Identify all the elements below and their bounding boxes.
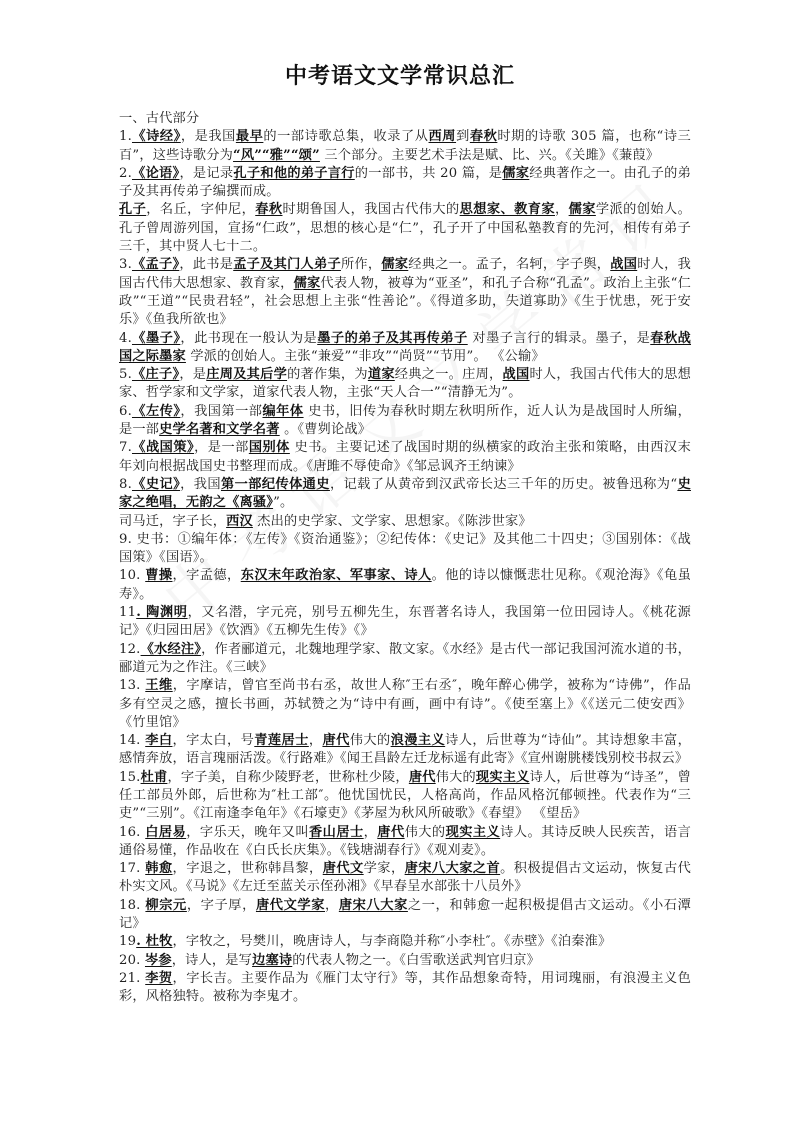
key-term: 《史记》 — [132, 477, 180, 492]
key-term: 儒家 — [569, 202, 596, 217]
paragraph-text: 2. — [119, 166, 132, 181]
key-term: 西汉 — [226, 514, 253, 529]
key-term: 王维 — [145, 678, 172, 693]
paragraph-text: 6. — [119, 404, 132, 419]
paragraph-text: 4. — [119, 331, 132, 346]
key-term: 唐宋八大家之首 — [405, 861, 501, 876]
paragraph-text: 伟大的 — [350, 733, 391, 748]
paragraph-text: ，是 — [179, 367, 206, 382]
key-term: 柳宗元 — [145, 898, 186, 913]
key-term: 儒家 — [381, 257, 408, 272]
paragraph-text: 的代表人物之一。《白雪歌送武判官归京》 — [292, 953, 540, 968]
paragraph-text: ， — [364, 825, 378, 840]
document-body: 一、古代部分 1.《诗经》，是我国最早的一部诗歌总集，收录了从西周到春秋时期的诗… — [119, 110, 691, 1007]
paragraph-text: 杰出的史学家、文学家、思想家。《陈涉世家》 — [253, 514, 532, 529]
paragraph-text: 18. — [119, 898, 145, 913]
paragraph-text: 20. — [119, 953, 145, 968]
key-term: 国别体 — [249, 440, 290, 455]
key-term: 现实主义 — [476, 770, 530, 785]
paragraph-item: 18. 柳宗元，字子厚，唐代文学家，唐宋八大家之一，和韩愈一起积极提倡古文运动。… — [119, 897, 691, 934]
paragraph-item: 21. 李贺，字长吉。主要作品为《雁门太守行》等，其作品想象奇特，用词瑰丽，有浪… — [119, 970, 691, 1007]
key-term: 墨子的弟子及其再传弟子 — [317, 331, 468, 346]
key-term: 《水经注》 — [141, 642, 202, 657]
paragraph-text: 学家， — [364, 861, 405, 876]
key-term: 白居易 — [145, 825, 186, 840]
paragraph-text: 三个部分。主要艺术手法是赋、比、兴。《关雎》《蒹葭》 — [320, 148, 659, 163]
paragraph-text: 的一部诗歌总集，收录了从 — [263, 129, 428, 144]
key-term: 香山居士 — [309, 825, 364, 840]
key-term: 《孟子》 — [132, 257, 179, 272]
key-term: 唐代文学家 — [256, 898, 325, 913]
key-term: 唐宋八大家 — [339, 898, 408, 913]
paragraph-item: 17. 韩愈，字退之，世称韩昌黎，唐代文学家，唐宋八大家之首。积极提倡古文运动，… — [119, 860, 691, 897]
paragraph-text: 经典之一。孟子，名轲，字子舆， — [408, 257, 610, 272]
key-term: . 杜牧 — [136, 934, 172, 949]
paragraph-text: ，记载了从黄帝到汉武帝长达三千年的历史。被鲁迅称为“ — [330, 477, 677, 492]
paragraph-text: 1. — [119, 129, 132, 144]
paragraph-text: ， — [309, 733, 323, 748]
paragraph-text: ，我国 — [180, 477, 221, 492]
paragraph-text: ， — [555, 202, 569, 217]
paragraph-text: ，是记录 — [179, 166, 233, 181]
paragraph-item: 16. 白居易，字乐天，晚年又叫香山居士，唐代伟大的现实主义诗人。其诗反映人民疾… — [119, 824, 691, 861]
paragraph-text: ，字子美，自称少陵野老，世称杜少陵， — [167, 770, 408, 785]
paragraph-text: 9. 史书：①编年体：《左传》《资治通鉴》；②纪传体：《史记》及其他二十四史；③… — [119, 532, 691, 565]
paragraph-item: 9. 史书：①编年体：《左传》《资治通鉴》；②纪传体：《史记》及其他二十四史；③… — [119, 531, 691, 568]
paragraph-text: 13. — [119, 678, 145, 693]
key-term: 《诗经》 — [132, 129, 181, 144]
paragraph-text: 伟大的 — [436, 770, 476, 785]
paragraph-item: 司马迁，字子长，西汉 杰出的史学家、文学家、思想家。《陈涉世家》 — [119, 513, 691, 531]
paragraph-text: 司马迁，字子长， — [119, 514, 226, 529]
paragraph-item: 20. 岑参，诗人，是写边塞诗的代表人物之一。《白雪歌送武判官归京》 — [119, 952, 691, 970]
paragraph-item: 1.《诗经》，是我国最早的一部诗歌总集，收录了从西周到春秋时期的诗歌 305 篇… — [119, 128, 691, 165]
paragraph-text: 21. — [119, 971, 145, 986]
key-term: 战国 — [610, 257, 637, 272]
paragraph-text: ，是一部 — [194, 440, 249, 455]
paragraph-text: ，名丘，字仲尼， — [146, 202, 255, 217]
paragraph-text: ，诗人，是写 — [172, 953, 252, 968]
paragraph-text: ”。 — [273, 495, 293, 510]
paragraph-text: ，又名潜，字元亮，别号五柳先生，东晋著名诗人，我国第一位田园诗人。《桃花源记》《… — [119, 605, 691, 638]
paragraph-text: ，字子厚， — [187, 898, 256, 913]
paragraph-text: 伟大的 — [405, 825, 446, 840]
paragraph-item: 19. 杜牧，字牧之，号樊川，晚唐诗人，与李商隐并称″小李杜″。《赤壁》《泊秦淮… — [119, 933, 691, 951]
paragraph-text: 到 — [456, 129, 470, 144]
page-title: 中考语文文学常识总汇 — [0, 59, 800, 90]
paragraph-text: ，字长吉。主要作品为《雁门太守行》等，其作品想象奇特，用词瑰丽，有浪漫主义色彩，… — [119, 971, 691, 1004]
paragraph-text: 10. — [119, 568, 145, 583]
key-term: 最早 — [236, 129, 264, 144]
key-term: 道家 — [368, 367, 395, 382]
paragraph-item: 2.《论语》，是记录孔子和他的弟子言行的一部书，共 20 篇，是儒家经典著作之一… — [119, 165, 691, 202]
key-term: 儒家 — [502, 166, 529, 181]
paragraph-text: ，此书是 — [179, 257, 233, 272]
key-term: . 陶渊明 — [136, 605, 187, 620]
key-term: 青莲居士 — [254, 733, 309, 748]
paragraph-text: 19 — [119, 934, 136, 949]
key-term: 《庄子》 — [132, 367, 179, 382]
paragraph-item: 5.《庄子》，是庄周及其后学的著作集，为道家经典之一。庄周，战国时人，我国古代伟… — [119, 366, 691, 403]
paragraph-text: 8. — [119, 477, 132, 492]
paragraph-text: 对墨子言行的辑录。墨子，是 — [468, 331, 651, 346]
paragraph-item: 12.《水经注》，作者郦道元，北魏地理学家、散文家。《水经》是古代一部记我国河流… — [119, 641, 691, 678]
key-term: 春秋 — [470, 129, 498, 144]
key-term: 唐代 — [377, 825, 404, 840]
section-heading: 一、古代部分 — [119, 110, 691, 128]
paragraph-item: 8.《史记》，我国第一部纪传体通史，记载了从黄帝到汉武帝长达三千年的历史。被鲁迅… — [119, 476, 691, 513]
paragraph-text: ，是我国 — [181, 129, 236, 144]
paragraph-text: 11 — [119, 605, 136, 620]
key-term: 庄周及其后学 — [206, 367, 287, 382]
paragraph-item: 15.杜甫，字子美，自称少陵野老，世称杜少陵，唐代伟大的现实主义诗人，后世尊为“… — [119, 769, 691, 824]
key-term: 李白 — [145, 733, 172, 748]
paragraph-item: 3.《孟子》，此书是孟子及其门人弟子所作，儒家经典之一。孟子，名轲，字子舆，战国… — [119, 256, 691, 329]
key-term: 唐代文 — [323, 861, 364, 876]
key-term: “风”“雅”“颂” — [233, 148, 320, 163]
key-term: 《战国策》 — [132, 440, 194, 455]
paragraph-item: 11. 陶渊明，又名潜，字元亮，别号五柳先生，东晋著名诗人，我国第一位田园诗人。… — [119, 604, 691, 641]
paragraph-text: 16. — [119, 825, 145, 840]
key-term: 曹操 — [145, 568, 172, 583]
paragraph-text: 3. — [119, 257, 132, 272]
key-term: 《墨子》 — [132, 331, 180, 346]
paragraph-item: 13. 王维，字摩诘，曾官至尚书右丞，故世人称″王右丞″，晚年醉心佛学，被称为“… — [119, 677, 691, 732]
key-term: 孔子 — [119, 202, 146, 217]
paragraph-text: 经典之一。庄周， — [395, 367, 503, 382]
key-term: 春秋 — [255, 202, 282, 217]
key-term: 岑参 — [145, 953, 172, 968]
key-term: 儒家 — [294, 276, 321, 291]
paragraph-text: ，此书现在一般认为是 — [180, 331, 317, 346]
key-term: 《论语》 — [132, 166, 179, 181]
paragraph-text: 学派的创始人。主张“兼爱”“非攻”“尚贤”“节用”。 《公输》 — [186, 349, 545, 364]
key-term: 东汉末年政治家、军事家、诗人 — [241, 568, 432, 583]
key-term: 李贺 — [145, 971, 172, 986]
key-term: 唐代 — [322, 733, 349, 748]
key-term: 战国 — [503, 367, 530, 382]
key-term: 浪漫主义 — [391, 733, 446, 748]
paragraph-item: 10. 曹操，字孟德，东汉末年政治家、军事家、诗人。他的诗以慷慨悲壮见称。《观沧… — [119, 567, 691, 604]
paragraph-text: ，字乐天，晚年又叫 — [186, 825, 309, 840]
paragraph-text: ，作者郦道元，北魏地理学家、散文家。《水经》是古代一部记我国河流水道的书，郦道元… — [119, 642, 691, 675]
paragraph-text: ，我国第一部 — [180, 404, 262, 419]
paragraph-text: 5. — [119, 367, 132, 382]
paragraph-item: 孔子，名丘，字仲尼，春秋时期鲁国人，我国古代伟大的思想家、教育家，儒家学派的创始… — [119, 201, 691, 256]
key-term: 第一部纪传体通史 — [221, 477, 330, 492]
paragraph-text: 7. — [119, 440, 132, 455]
paragraph-item: 4.《墨子》，此书现在一般认为是墨子的弟子及其再传弟子 对墨子言行的辑录。墨子，… — [119, 330, 691, 367]
paragraph-text: 所作， — [341, 257, 381, 272]
paragraph-text: 时期鲁国人，我国古代伟大的 — [283, 202, 460, 217]
paragraph-text: 17. — [119, 861, 145, 876]
key-term: 边塞诗 — [252, 953, 292, 968]
paragraph-text: ，字孟德， — [173, 568, 241, 583]
key-term: 现实主义 — [446, 825, 501, 840]
key-term: 史学名著和文学名著 — [159, 422, 280, 437]
paragraph-text: 12. — [119, 642, 141, 657]
key-term: 韩愈 — [145, 861, 172, 876]
key-term: 杜甫 — [141, 770, 168, 785]
paragraph-item: 7.《战国策》，是一部国别体 史书。主要记述了战国时期的纵横家的政治主张和策略，… — [119, 439, 691, 476]
paragraph-text: ，字摩诘，曾官至尚书右丞，故世人称″王右丞″，晚年醉心佛学，被称为“诗佛”，作品… — [119, 678, 691, 730]
paragraph-list: 1.《诗经》，是我国最早的一部诗歌总集，收录了从西周到春秋时期的诗歌 305 篇… — [119, 128, 691, 1006]
paragraph-text: 的一部书，共 20 篇，是 — [355, 166, 503, 181]
key-term: 编年体 — [263, 404, 304, 419]
key-term: 唐代 — [409, 770, 436, 785]
paragraph-text: ， — [325, 898, 339, 913]
paragraph-text: 14. — [119, 733, 145, 748]
paragraph-text: 15. — [119, 770, 141, 785]
paragraph-item: 14. 李白，字太白，号青莲居士，唐代伟大的浪漫主义诗人，后世尊为“诗仙”。其诗… — [119, 732, 691, 769]
key-term: 孔子和他的弟子言行 — [233, 166, 354, 181]
paragraph-text: ，字牧之，号樊川，晚唐诗人，与李商隐并称″小李杜″。《赤壁》《泊秦淮》 — [173, 934, 612, 949]
paragraph-item: 6.《左传》，我国第一部编年体 史书，旧传为春秋时期左秋明所作，近人认为是战国时… — [119, 403, 691, 440]
paragraph-text: ，字太白，号 — [172, 733, 254, 748]
paragraph-text: 的著作集，为 — [287, 367, 368, 382]
paragraph-text: ，字退之，世称韩昌黎， — [173, 861, 323, 876]
key-term: 西周 — [429, 129, 457, 144]
key-term: 思想家、教育家 — [460, 202, 555, 217]
key-term: 《左传》 — [132, 404, 180, 419]
paragraph-text: 。《曹刿论战》 — [280, 422, 372, 437]
key-term: 孟子及其门人弟子 — [233, 257, 341, 272]
